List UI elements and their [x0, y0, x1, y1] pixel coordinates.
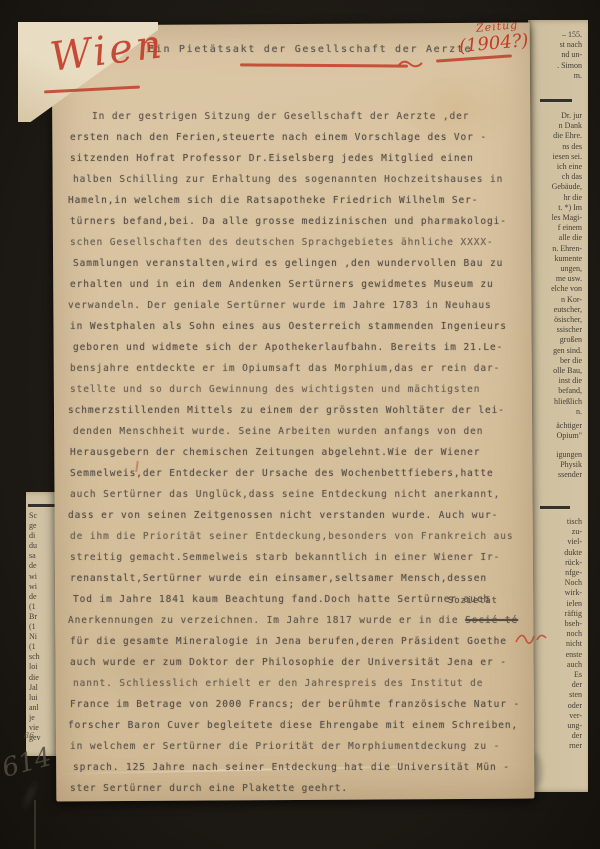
- typed-line: ster Sertürner durch eine Plakette geehr…: [70, 778, 536, 799]
- typed-line: in Westphalen als Sohn eines aus Oesterr…: [70, 316, 536, 337]
- typed-line: Anerkennungen zu verzeichnen. Im Jahre 1…: [68, 610, 536, 631]
- typed-line: Herausgebern der chemischen Zeitungen ab…: [70, 442, 536, 463]
- clipping-line: ung-: [530, 721, 582, 731]
- clipping-line: großen: [530, 335, 582, 345]
- document-title: Ein Pietätsakt der Gesellschaft der Aerz…: [148, 44, 472, 55]
- typed-line: halben Schilling zur Erhaltung des sogen…: [73, 169, 536, 190]
- clipping-line: Physik: [530, 460, 582, 470]
- clipping-line: Dr. jur: [530, 111, 582, 121]
- clipping-line: der: [530, 680, 582, 690]
- clipping-line: hr die: [530, 193, 582, 203]
- clipping-line: Noch: [530, 578, 582, 588]
- clipping-line: nfge-: [530, 568, 582, 578]
- clipping-line: ber die: [530, 356, 582, 366]
- right-clipping-section-2: Dr. jurn Dankdie Ehre.ns desiesen sei.ic…: [530, 111, 586, 417]
- right-clipping-section-4: igungenPhysikssender: [530, 450, 586, 481]
- typed-line: stellte und so durch Gewinnung des wicht…: [70, 379, 536, 400]
- left-column-divider: [28, 504, 58, 507]
- right-clipping-section-1: – 155.st nachnd un-. Simonm.: [530, 30, 586, 81]
- clipping-line: rück-: [530, 558, 582, 568]
- clipping-line: Jal: [29, 683, 59, 693]
- clipping-line: ich eine: [530, 162, 582, 172]
- typed-line: türners befand,bei. Da alle grosse mediz…: [70, 211, 536, 232]
- clipping-line: n. Ehren-: [530, 244, 582, 254]
- clipping-line: elche von: [530, 284, 582, 294]
- typed-line: France im Betrage von 2000 Francs; der b…: [70, 694, 536, 715]
- clipping-line: dukte: [530, 548, 582, 558]
- pencil-small-note: 86: [24, 731, 34, 740]
- struck-word: Socié-té: [465, 615, 518, 626]
- clipping-line: inst die: [530, 376, 582, 386]
- clipping-line: n Kor-: [530, 295, 582, 305]
- clipping-line: olle Bau,: [530, 366, 582, 376]
- typed-line: ersten nach den Ferien,steuerte nach ein…: [70, 127, 536, 148]
- clipping-line: . Simon: [530, 61, 582, 71]
- typed-line: schmerzstillenden Mittels zu einem der g…: [68, 400, 536, 421]
- clipping-line: räftig: [530, 609, 582, 619]
- pencil-archive-number: 614: [0, 742, 55, 784]
- clipping-line: sten: [530, 690, 582, 700]
- clipping-line: igungen: [530, 450, 582, 460]
- typed-line: in welchem er Sertürner die Priorität de…: [70, 736, 536, 757]
- clipping-line: viel-: [530, 537, 582, 547]
- right-column-divider-2: [540, 506, 570, 509]
- clipping-line: die Ehre.: [530, 131, 582, 141]
- clipping-line: enste: [530, 650, 582, 660]
- clipping-line: Opium": [530, 431, 582, 441]
- typed-line: auch wurde er zum Doktor der Philosophie…: [70, 652, 536, 673]
- clipping-line: alle die: [530, 233, 582, 243]
- clipping-line: ver-: [530, 711, 582, 721]
- clipping-line: wirk-: [530, 588, 582, 598]
- clipping-line: iesen sei.: [530, 152, 582, 162]
- clipping-line: ch das: [530, 172, 582, 182]
- interline-correction: Sozietät: [448, 596, 498, 606]
- typed-line: dass er von seinen Zeitgenossen nicht ve…: [68, 505, 536, 526]
- typed-line: auch Sertürner das Unglück,dass seine En…: [70, 484, 536, 505]
- clipping-line: st nach: [530, 40, 582, 50]
- typed-line: geboren und widmete sich der Apothekerla…: [73, 337, 536, 358]
- red-scribble-mark: [514, 628, 548, 648]
- typed-line: schen Gesellschaften des deutschen Sprac…: [70, 232, 536, 253]
- clipping-line: Es: [530, 670, 582, 680]
- clipping-line: lui: [29, 693, 59, 703]
- clipping-line: hließlich: [530, 397, 582, 407]
- clipping-line: auch: [530, 660, 582, 670]
- clipping-line: der: [530, 731, 582, 741]
- typed-line: verwandeln. Der geniale Sertürner wurde …: [68, 295, 536, 316]
- typed-body: In der gestrigen Sitzung der Gesellschaf…: [70, 106, 536, 799]
- typed-line: Hameln,in welchem sich die Ratsapotheke …: [68, 190, 536, 211]
- clipping-line: kumente: [530, 254, 582, 264]
- typed-line: denden Menschheit wurde. Seine Arbeiten …: [73, 421, 536, 442]
- clipping-line: n Dank: [530, 121, 582, 131]
- clipping-line: ösischer,: [530, 315, 582, 325]
- typed-line: für die gesamte Mineralogie in Jena beru…: [70, 631, 536, 652]
- clipping-line: oder: [530, 701, 582, 711]
- clipping-line: je: [29, 713, 59, 723]
- clipping-line: me usw.: [530, 274, 582, 284]
- clipping-line: f einem: [530, 223, 582, 233]
- pencil-vertical-stroke: [34, 800, 36, 849]
- right-clipping-section-3: ächtigerOpium": [530, 421, 586, 441]
- typed-line: Semmelweis,der Entdecker der Ursache des…: [70, 463, 536, 484]
- clipping-line: zu-: [530, 527, 582, 537]
- typed-line: de ihm die Priorität seiner Entdeckung,b…: [70, 526, 536, 547]
- clipping-line: anl: [29, 703, 59, 713]
- clipping-line: ächtiger: [530, 421, 582, 431]
- typed-line: bensjahre entdeckte er im Opiumsaft das …: [70, 358, 536, 379]
- typed-line: sprach. 125 Jahre nach seiner Entdeckung…: [73, 757, 536, 778]
- clipping-line: ielen: [530, 599, 582, 609]
- clipping-line: eutscher,: [530, 305, 582, 315]
- clipping-line: ssender: [530, 470, 582, 480]
- clipping-line: die: [29, 673, 59, 683]
- clipping-line: ssischer: [530, 325, 582, 335]
- clipping-line: Gebäude,: [530, 182, 582, 192]
- typed-line: erhalten und in ein dem Andenken Sertürn…: [70, 274, 536, 295]
- scanned-document-page: Scgedidusadewiwide(1Br(1Ni(1schloidieJal…: [0, 0, 600, 849]
- clipping-line: m.: [530, 71, 582, 81]
- typed-line: renanstalt,Sertürner wurde ein einsamer,…: [70, 568, 536, 589]
- typed-line: streitig gemacht.Semmelweis starb bekann…: [70, 547, 536, 568]
- typed-line: In der gestrigen Sitzung der Gesellschaf…: [70, 106, 536, 127]
- clipping-line: ungen,: [530, 264, 582, 274]
- clipping-line: n.: [530, 407, 582, 417]
- right-column-divider-1: [540, 99, 572, 102]
- typed-line: Sammlungen veranstalten,wird es gelingen…: [73, 253, 536, 274]
- clipping-line: gen sind.: [530, 346, 582, 356]
- pencil-smudge: [17, 777, 42, 813]
- clipping-line: tisch: [530, 517, 582, 527]
- clipping-line: nd un-: [530, 50, 582, 60]
- clipping-line: rner: [530, 741, 582, 751]
- clipping-line: – 155.: [530, 30, 582, 40]
- typed-line: forscher Baron Cuver begleitete diese Eh…: [68, 715, 536, 736]
- clipping-line: loi: [29, 662, 59, 672]
- typed-line: sitzenden Hofrat Professor Dr.Eiselsberg…: [70, 148, 536, 169]
- clipping-line: t. *) Im: [530, 203, 582, 213]
- red-squiggle-mark: [398, 57, 424, 69]
- clipping-line: befand,: [530, 386, 582, 396]
- typed-line: nannt. Schliesslich erhielt er den Jahre…: [73, 673, 536, 694]
- clipping-line: ns des: [530, 142, 582, 152]
- clipping-line: les Magi-: [530, 213, 582, 223]
